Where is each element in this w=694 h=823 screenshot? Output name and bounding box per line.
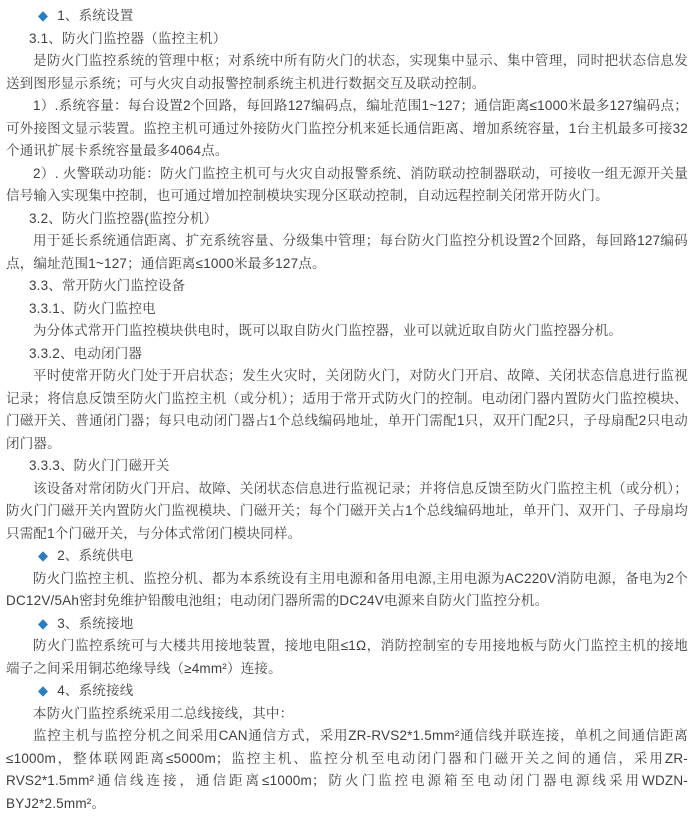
sub-heading-3-2: 3.2、防火门监控器(监控分机） <box>6 208 688 231</box>
section-heading-system-setup: ◆1、系统设置 <box>6 5 688 28</box>
section-heading-text: 2、系统供电 <box>57 548 133 563</box>
diamond-bullet-icon: ◆ <box>38 544 48 568</box>
paragraph-extension-unit: 用于延长系统通信距离、扩充系统容量、分级集中管理；每台防火门监控分机设置2个回路… <box>6 230 688 275</box>
diamond-bullet-icon: ◆ <box>38 679 48 703</box>
sub-heading-3-3: 3.3、常开防火门监控设备 <box>6 275 688 298</box>
section-heading-text: 1、系统设置 <box>57 8 133 23</box>
paragraph-grounding-detail: 防火门监控系统可与大楼共用接地装置，接地电阻≤1Ω，消防控制室的专用接地板与防火… <box>6 635 688 680</box>
section-heading-text: 3、系统接地 <box>57 616 133 631</box>
section-heading-text: 4、系统接线 <box>57 683 133 698</box>
section-heading-wiring: ◆4、系统接线 <box>6 680 688 703</box>
paragraph-wiring-intro: 本防火门监控系统采用二总线接线，其中： <box>6 703 688 726</box>
sub-heading-3-3-3: 3.3.3、防火门门磁开关 <box>6 455 688 478</box>
diamond-bullet-icon: ◆ <box>38 612 48 636</box>
sub-heading-3-3-1: 3.3.1、防火门监控电 <box>6 298 688 321</box>
paragraph-door-magnetic-switch: 该设备对常闭防火门开启、故障、关闭状态信息进行监视记录；并将信息反馈至防火门监控… <box>6 478 688 546</box>
paragraph-power-supply-detail: 防火门监控主机、监控分机、都为本系统设有主用电源和备用电源,主用电源为AC220… <box>6 568 688 613</box>
diamond-bullet-icon: ◆ <box>38 4 48 28</box>
paragraph-system-capacity: 1）.系统容量：每台设置2个回路，每回路127编码点，编址范围1~127；通信距… <box>6 95 688 163</box>
section-heading-grounding: ◆3、系统接地 <box>6 613 688 636</box>
document-body: ◆1、系统设置 3.1、防火门监控器（监控主机） 是防火门监控系统的管理中枢；对… <box>0 0 694 823</box>
paragraph-fire-alarm-linkage: 2）. 火警联动功能：防火门监控主机可与火灾自动报警系统、消防联动控制器联动，可… <box>6 163 688 208</box>
paragraph-monitor-host-intro: 是防火门监控系统的管理中枢；对系统中所有防火门的状态，实现集中显示、集中管理，同… <box>6 50 688 95</box>
section-heading-power-supply: ◆2、系统供电 <box>6 545 688 568</box>
paragraph-monitor-power: 为分体式常开门监控模块供电时，既可以取自防火门监控器，业可以就近取自防火门监控器… <box>6 320 688 343</box>
sub-heading-3-3-2: 3.3.2、电动闭门器 <box>6 343 688 366</box>
paragraph-electric-door-closer: 平时使常开防火门处于开启状态；发生火灾时，关闭防火门，对防火门开启、故障、关闭状… <box>6 365 688 455</box>
paragraph-wiring-detail: 监控主机与监控分机之间采用CAN通信方式，采用ZR-RVS2*1.5mm²通信线… <box>6 725 688 815</box>
sub-heading-3-1: 3.1、防火门监控器（监控主机） <box>6 28 688 51</box>
